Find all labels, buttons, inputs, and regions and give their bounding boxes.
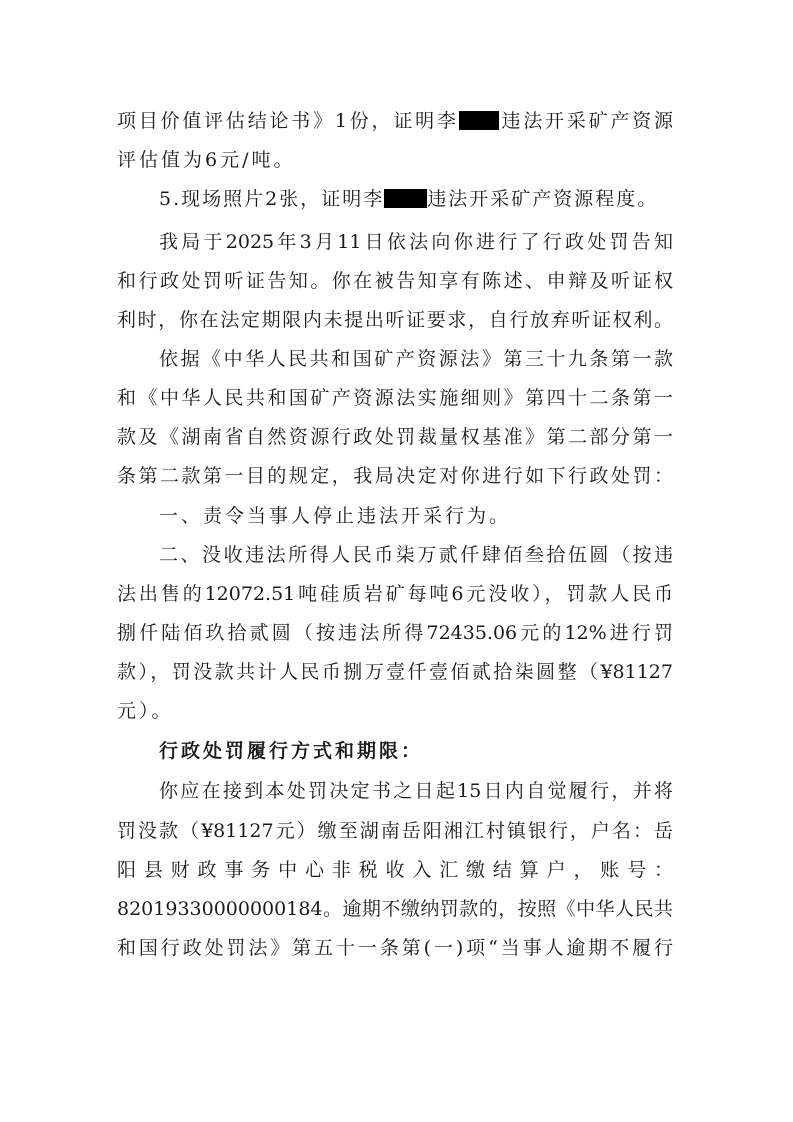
- section-heading: 行政处罚履行方式和期限：: [159, 738, 673, 764]
- paragraph-line-evidence-5: 5.现场照片2张，证明李违法开采矿产资源程度。: [159, 186, 673, 212]
- text-segment: 违法开采矿产资源: [499, 110, 673, 132]
- penalty-item-1: 一、责令当事人停止违法开采行为。: [159, 503, 673, 529]
- penalty-item-2: 二、没收违法所得人民币柒万贰仟肆佰叁拾伍圆（按违: [159, 542, 673, 568]
- paragraph-line: 款），罚没款共计人民币捌万壹仟壹佰贰拾柒圆整（¥81127: [117, 659, 673, 685]
- paragraph-line: 我局于2025年3月11日依法向你进行了行政处罚告知: [159, 229, 673, 255]
- text-segment: 违法开采矿产资源程度。: [427, 188, 658, 210]
- paragraph-line: 条第二款第一目的规定，我局决定对你进行如下行政处罚：: [117, 463, 673, 489]
- paragraph-line: 捌仟陆佰玖拾贰圆（按违法所得72435.06元的12%进行罚: [117, 620, 673, 646]
- redaction-box: [384, 189, 427, 208]
- text-segment: 5.现场照片2张，证明李: [159, 188, 384, 210]
- paragraph-line: 利时，你在法定期限内未提出听证要求，自行放弃听证权利。: [117, 307, 673, 333]
- paragraph-line-evidence-4: 项目价值评估结论书》1份，证明李违法开采矿产资源: [117, 108, 673, 134]
- paragraph-line: 罚没款（¥81127元）缴至湖南岳阳湘江村镇银行，户名：岳: [117, 818, 673, 844]
- paragraph-line: 和行政处罚听证告知。你在被告知享有陈述、申辩及听证权: [117, 268, 673, 294]
- paragraph-line: 你应在接到本处罚决定书之日起15日内自觉履行，并将: [159, 778, 673, 804]
- paragraph-line: 和《中华人民共和国矿产资源法实施细则》第四十二条第一: [117, 385, 673, 411]
- text-segment: 项目价值评估结论书》1份，证明李: [117, 110, 459, 132]
- paragraph-line: 元）。: [117, 698, 673, 724]
- paragraph-line: 评估值为6元/吨。: [117, 147, 673, 173]
- paragraph-line: 阳县财政事务中心非税收入汇缴结算户，账号：: [117, 857, 673, 883]
- document-page: 项目价值评估结论书》1份，证明李违法开采矿产资源 评估值为6元/吨。 5.现场照…: [0, 0, 793, 1122]
- paragraph-line: 依据《中华人民共和国矿产资源法》第三十九条第一款: [159, 346, 673, 372]
- paragraph-line: 82019330000000184。逾期不缴纳罚款的，按照《中华人民共: [117, 896, 673, 922]
- redaction-box: [459, 111, 499, 130]
- paragraph-line: 和国行政处罚法》第五十一条第(一)项“当事人逾期不履行: [117, 935, 673, 961]
- paragraph-line: 款及《湖南省自然资源行政处罚裁量权基准》第二部分第一: [117, 424, 673, 450]
- paragraph-line: 法出售的12072.51吨硅质岩矿每吨6元没收），罚款人民币: [117, 581, 673, 607]
